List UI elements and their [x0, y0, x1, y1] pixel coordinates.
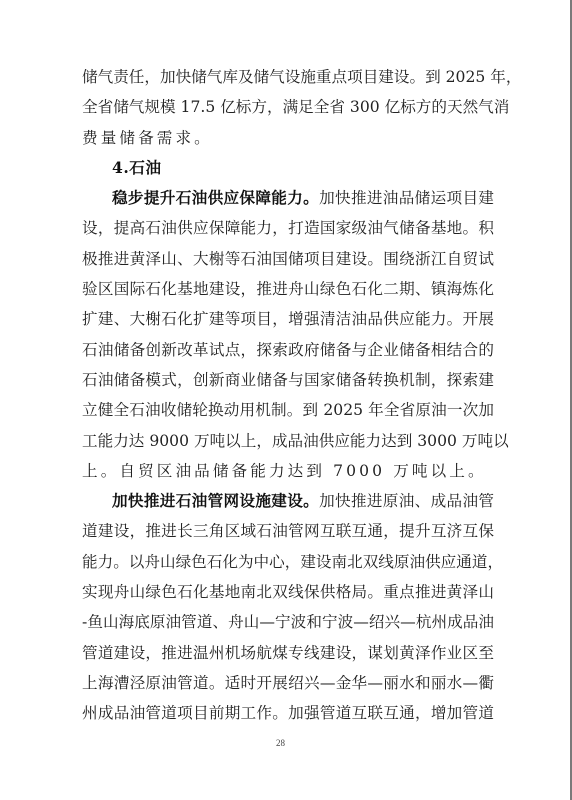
text-line: 扩建、大榭石化扩建等项目，增强清洁油品供应能力。开展 — [82, 304, 494, 334]
paragraph-lead-bold: 加快推进石油管网设施建设。 — [112, 491, 319, 510]
text-line: 全省储气规模 17.5 亿标方，满足全省 300 亿标方的天然气消 — [82, 92, 494, 122]
text-line: 上。自贸区油品储备能力达到 7000 万吨以上。 — [82, 456, 494, 486]
text-line: 工能力达 9000 万吨以上，成品油供应能力达到 3000 万吨以 — [82, 426, 494, 456]
document-page: 储气责任，加快储气库及储气设施重点项目建设。到 2025 年， 全省储气规模 1… — [0, 0, 572, 800]
page-number: 28 — [276, 738, 285, 748]
text-line: 石油储备模式，创新商业储备与国家储备转换机制，探索建 — [82, 365, 494, 395]
text-line: 石油储备创新改革试点，探索政府储备与企业储备相结合的 — [82, 335, 494, 365]
text-line: 极推进黄泽山、大榭等石油国储项目建设。围绕浙江自贸试 — [82, 244, 494, 274]
text-line: 管道建设，推进温州机场航煤专线建设，谋划黄泽作业区至 — [82, 638, 494, 668]
text-line: 立健全石油收储轮换动用机制。到 2025 年全省原油一次加 — [82, 395, 494, 425]
text-line: 州成品油管道项目前期工作。加强管道互联互通，增加管道 — [82, 698, 494, 728]
text-line: -鱼山海底原油管道、舟山—宁波和宁波—绍兴—杭州成品油 — [82, 607, 494, 637]
paragraph-start-line: 加快推进石油管网设施建设。加快推进原油、成品油管 — [82, 486, 494, 516]
text-line: 道建设，推进长三角区域石油管网互联互通，提升互济互保 — [82, 516, 494, 546]
text-line: 上海漕泾原油管道。适时开展绍兴—金华—丽水和丽水—衢 — [82, 668, 494, 698]
text-line: 储气责任，加快储气库及储气设施重点项目建设。到 2025 年， — [82, 62, 494, 92]
text-line: 能力。以舟山绿色石化为中心，建设南北双线原油供应通道， — [82, 547, 494, 577]
text-line: 设，提高石油供应保障能力，打造国家级油气储备基地。积 — [82, 213, 494, 243]
body-text: 储气责任，加快储气库及储气设施重点项目建设。到 2025 年， 全省储气规模 1… — [82, 62, 494, 729]
text-line: 费量储备需求。 — [82, 123, 494, 153]
section-heading: 4.石油 — [82, 153, 494, 183]
paragraph-lead-bold: 稳步提升石油供应保障能力。 — [112, 188, 319, 207]
text-line: 实现舟山绿色石化基地南北双线保供格局。重点推进黄泽山 — [82, 577, 494, 607]
paragraph-start-line: 稳步提升石油供应保障能力。加快推进油品储运项目建 — [82, 183, 494, 213]
text-line: 验区国际石化基地建设，推进舟山绿色石化二期、镇海炼化 — [82, 274, 494, 304]
